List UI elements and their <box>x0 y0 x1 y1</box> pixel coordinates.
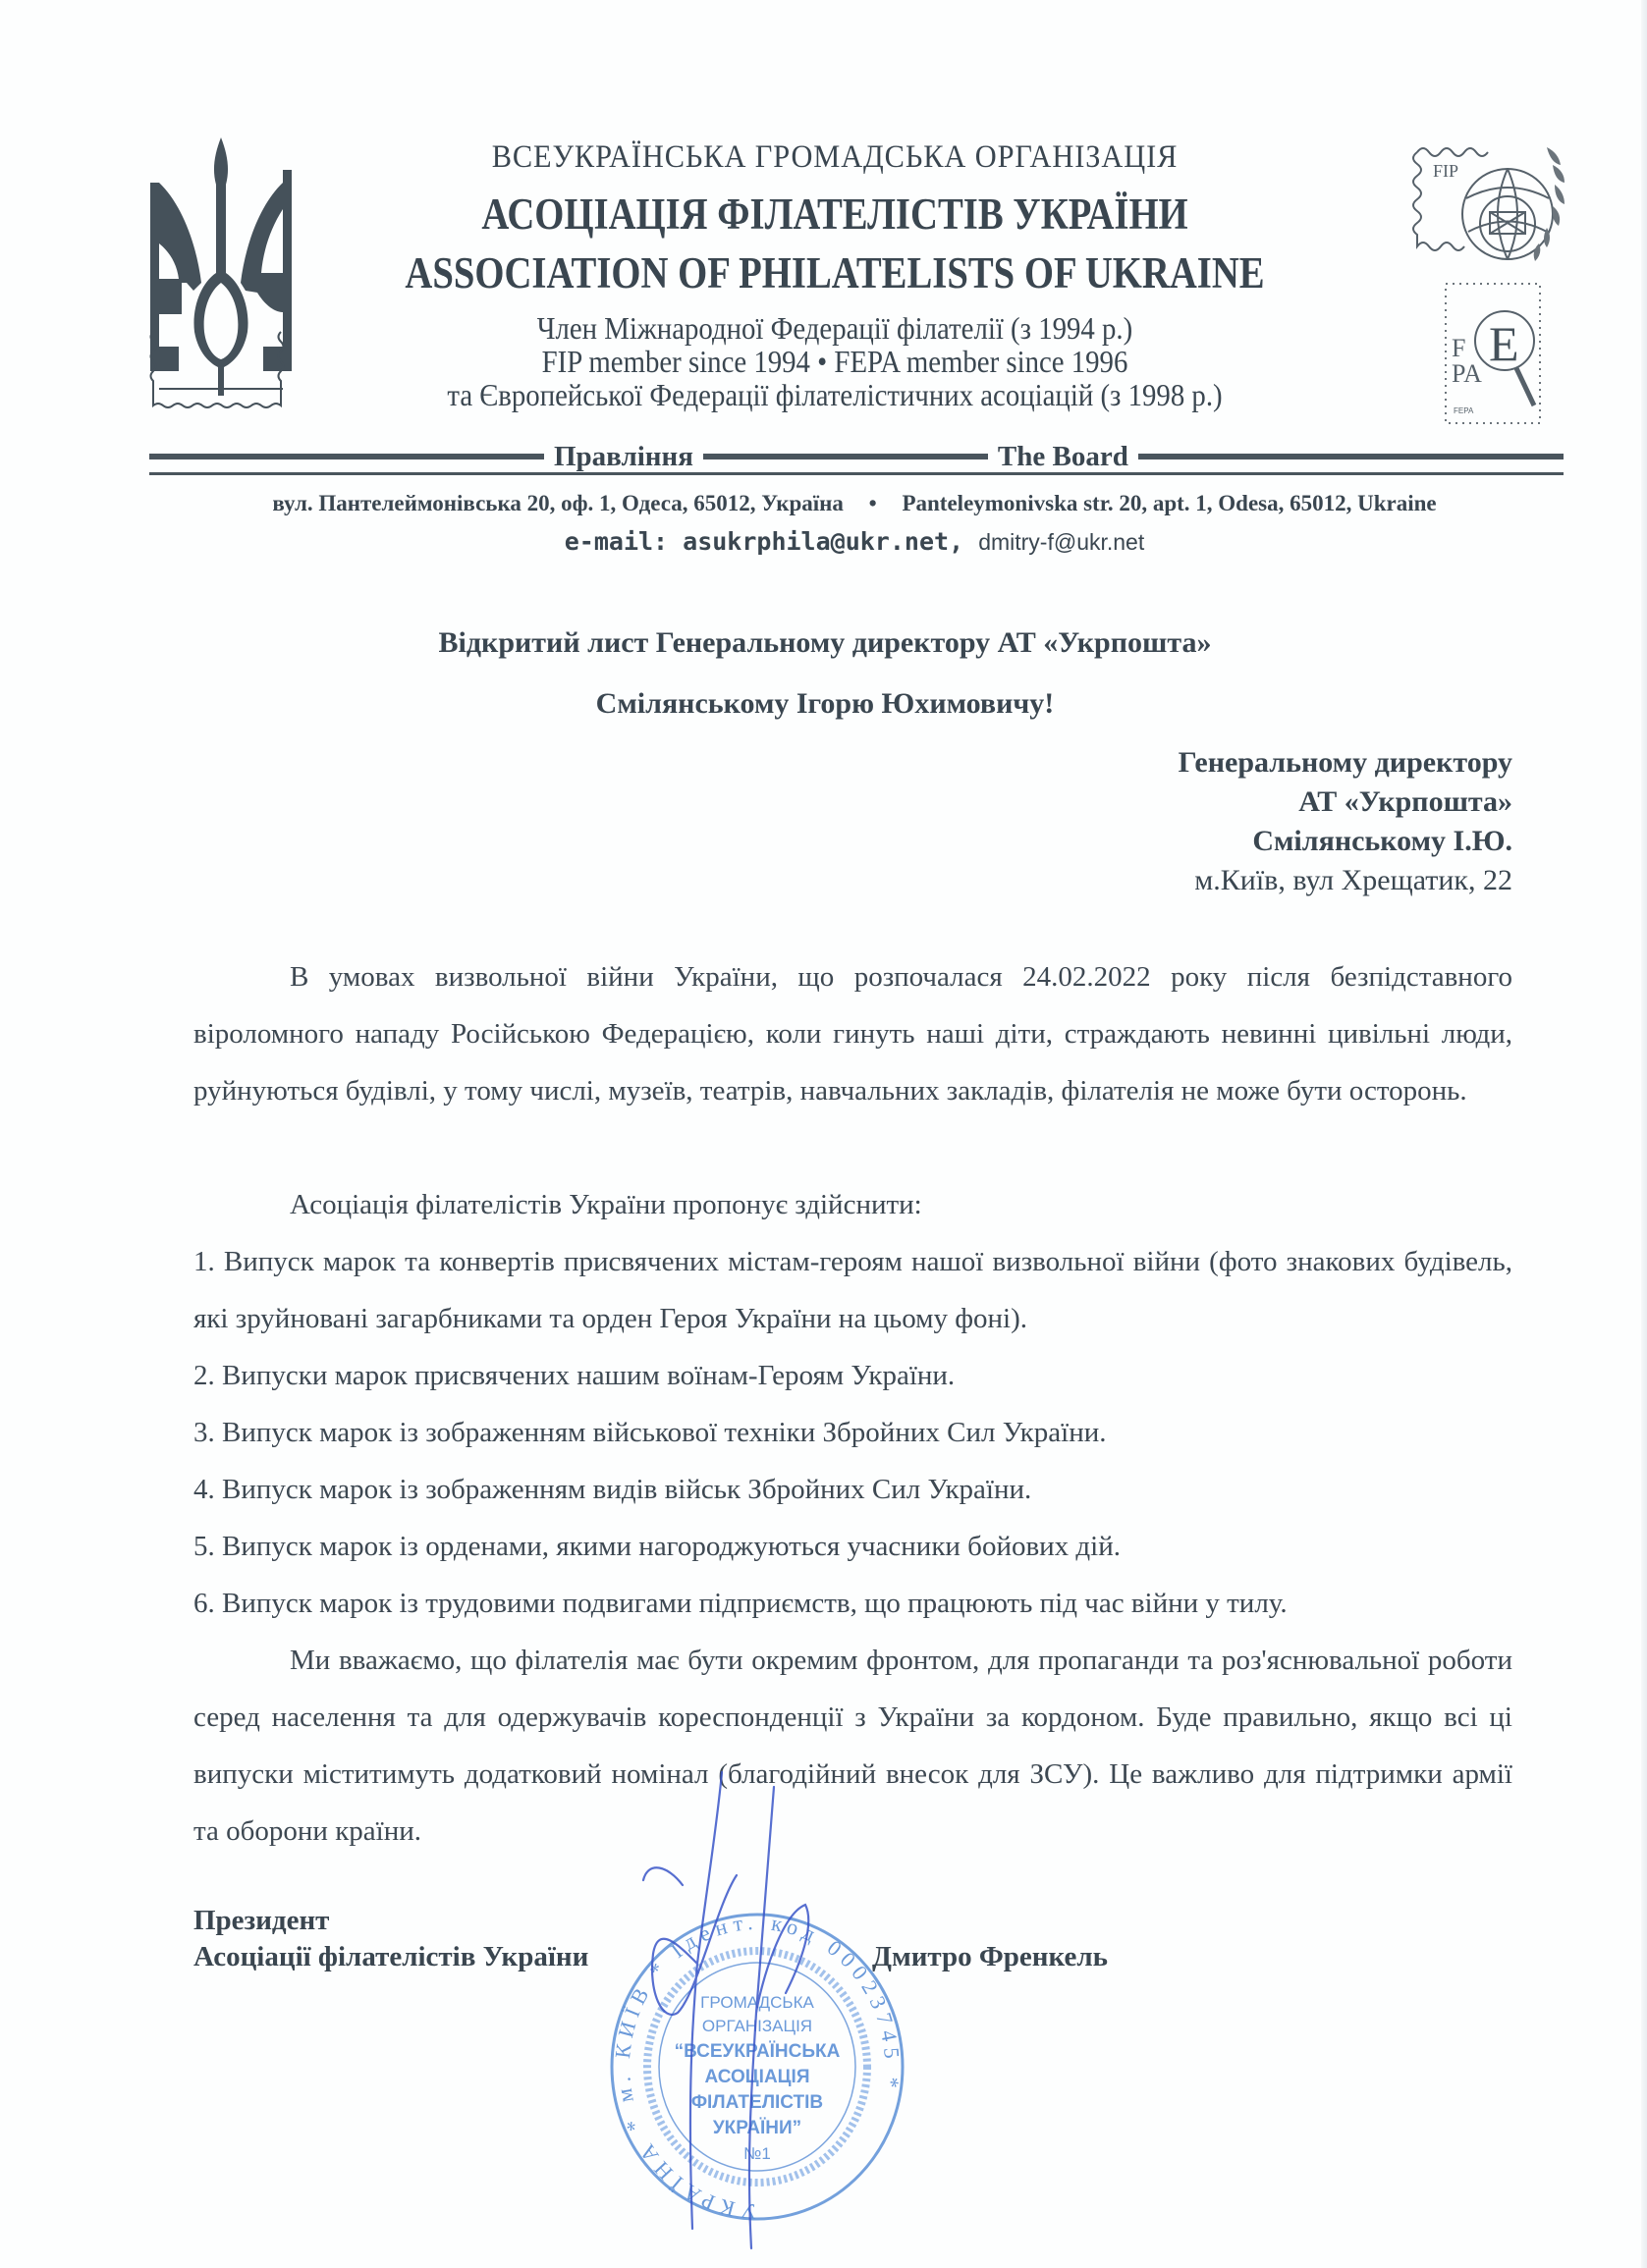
letter-title-recipient: Смілянському Ігорю Юхимовичу! <box>137 687 1512 721</box>
addressee-name: Смілянському І.Ю. <box>1252 825 1512 858</box>
list-item: 5. Випуск марок із орденами, якими нагор… <box>193 1518 1512 1575</box>
svg-text:FIP: FIP <box>1433 161 1458 181</box>
bullet-separator: • <box>869 491 877 516</box>
board-label-en: The Board <box>998 441 1128 473</box>
membership-uk-2: та Європейської Федерації філателістични… <box>366 377 1303 413</box>
divider-bar <box>703 454 988 459</box>
org-name-en: ASSOCIATION OF PHILATELISTS OF UKRAINE <box>387 247 1283 298</box>
list-item: 2. Випуски марок присвячених нашим воїна… <box>193 1347 1512 1404</box>
svg-text:F: F <box>1452 334 1465 362</box>
board-label-uk: Правління <box>554 441 693 473</box>
fepa-logo-icon: F E PA FEPA <box>1444 280 1542 427</box>
addressee-address: м.Київ, вул Хрещатик, 22 <box>1194 864 1512 897</box>
list-item: 3. Випуск марок із зображенням військово… <box>193 1404 1512 1461</box>
divider-bar <box>149 454 544 459</box>
fip-logo-icon: FIP <box>1409 137 1566 275</box>
svg-text:PA: PA <box>1452 359 1482 388</box>
list-item: 1. Випуск марок та конвертів присвячених… <box>193 1233 1512 1347</box>
body-paragraph-2: Асоціація філателістів України пропонує … <box>193 1176 1512 1233</box>
list-item: 6. Випуск марок із трудовими подвигами п… <box>193 1575 1512 1632</box>
org-type: ВСЕУКРАЇНСЬКА ГРОМАДСЬКА ОРГАНІЗАЦІЯ <box>356 139 1313 176</box>
email-secondary[interactable]: dmitry-f@ukr.net <box>978 529 1144 555</box>
scan-edge <box>1641 0 1647 2268</box>
email-line: e-mail: asukrphila@ukr.net, dmitry-f@ukr… <box>137 527 1571 556</box>
divider-bar <box>1138 454 1564 459</box>
postal-address: вул. Пантелеймонівська 20, оф. 1, Одеса,… <box>137 491 1571 516</box>
board-divider: Правління The Board <box>149 442 1564 471</box>
paragraph-text: Асоціація філателістів України пропонує … <box>193 1176 1512 1233</box>
letter-title: Відкритий лист Генеральному директору АТ… <box>137 626 1512 660</box>
paragraph-text: В умовах визвольної війни України, що ро… <box>193 948 1512 1119</box>
address-uk: вул. Пантелеймонівська 20, оф. 1, Одеса,… <box>272 491 844 515</box>
svg-text:FEPA: FEPA <box>1454 406 1474 415</box>
membership-uk: Член Міжнародної Федерації філателії (з … <box>366 310 1303 347</box>
membership-en: FIP member since 1994 • FEPA member sinc… <box>366 344 1303 380</box>
addressee-position: Генеральному директору <box>1179 746 1512 780</box>
handwritten-signature-icon <box>550 1767 904 2258</box>
svg-text:E: E <box>1489 316 1519 371</box>
email-primary[interactable]: e-mail: asukrphila@ukr.net, <box>565 527 963 556</box>
body-paragraph-1: В умовах визвольної війни України, що ро… <box>193 948 1512 1119</box>
org-name-uk: АСОЦІАЦІЯ ФІЛАТЕЛІСТІВ УКРАЇНИ <box>387 189 1283 240</box>
afu-trident-logo-icon <box>147 135 295 410</box>
address-en: Panteleymonivska str. 20, apt. 1, Odesa,… <box>902 491 1436 515</box>
proposals-list: 1. Випуск марок та конвертів присвячених… <box>193 1233 1512 1632</box>
list-item: 4. Випуск марок із зображенням видів вій… <box>193 1461 1512 1518</box>
signatory-organization: Асоціації філателістів України <box>193 1941 588 1973</box>
addressee-company: АТ «Укрпошта» <box>1298 785 1512 819</box>
divider-rule <box>149 472 1564 475</box>
signatory-title: Президент <box>193 1905 329 1937</box>
